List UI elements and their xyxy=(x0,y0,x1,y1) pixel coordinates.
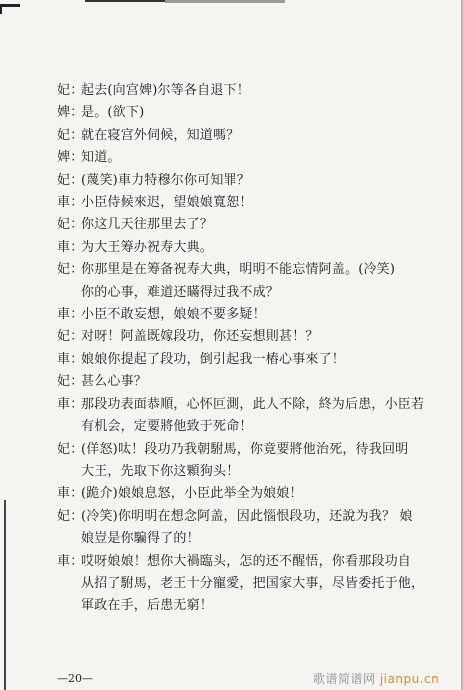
dialogue-line: 妃：你这几天往那里去了？ xyxy=(57,214,437,236)
dialogue-line: 車：那段功表面恭順，心怀叵測，此人不除，終为后患，小臣若 xyxy=(57,394,437,416)
dialogue-line-continuation: 大王，先取下你这顆狗头！ xyxy=(57,461,437,483)
watermark-url: jianpu.cn xyxy=(380,672,439,686)
scanned-page: 妃：起去(向宫婢)尔等各自退下！ 婢：是。(欲下) 妃：就在寝宫外伺候，知道嗎？… xyxy=(0,0,463,690)
speaker-label: 車： xyxy=(57,394,81,416)
line-text: 是。(欲下) xyxy=(81,105,144,120)
dialogue-line: 車：(跪介)娘娘息怒，小臣此举全为娘娘！ xyxy=(57,483,437,505)
dialogue-line: 婢：是。(欲下) xyxy=(57,102,437,124)
line-text: 小臣侍候來迟，望娘娘寬恕！ xyxy=(81,195,253,210)
dialogue-line: 妃：你那里是在筹备祝寿大典，明明不能忘情阿盖。(冷笑) xyxy=(57,259,437,281)
line-text: 軍政在手，后患无窮！ xyxy=(81,598,213,613)
speaker-label: 妃： xyxy=(57,259,81,281)
dialogue-line: 車：哎呀娘娘！想你大禍臨头，怎的还不醒悟，你看那段功自 xyxy=(57,551,437,573)
speaker-label: 妃： xyxy=(57,439,81,461)
dialogue-line: 車：娘娘你提起了段功，倒引起我一樁心事來了！ xyxy=(57,349,437,371)
dialogue-line: 妃：甚么心事？ xyxy=(57,371,437,393)
page-number: —20— xyxy=(57,672,93,685)
dialogue-line: 車：为大王筹办祝寿大典。 xyxy=(57,237,437,259)
watermark-site-name: 歌谱简谱网 xyxy=(313,672,376,686)
dialogue-line-continuation: 軍政在手，后患无窮！ xyxy=(57,595,437,617)
line-text: (蔑笑)車力特穆尔你可知罪？ xyxy=(81,173,250,188)
line-text: 你的心事，难道还瞞得过我不成？ xyxy=(81,285,279,300)
line-text: 知道。 xyxy=(81,150,121,165)
line-text: 哎呀娘娘！想你大禍臨头，怎的还不醒悟，你看那段功自 xyxy=(81,554,411,569)
line-text: 为大王筹办祝寿大典。 xyxy=(81,240,213,255)
dialogue-line: 妃：(冷笑)你明明在想念阿盖，因此惱恨段功，还說为我？ 娘 xyxy=(57,506,437,528)
dialogue-line-continuation: 从招了駙馬，老王十分寵愛，把国家大事，尽皆委托于他， xyxy=(57,573,437,595)
line-text: 就在寝宫外伺候，知道嗎？ xyxy=(81,128,239,143)
dialogue-line: 妃：就在寝宫外伺候，知道嗎？ xyxy=(57,125,437,147)
speaker-label: 妃： xyxy=(57,125,81,147)
dialogue-line-continuation: 有机会，定要將他致于死命！ xyxy=(57,416,437,438)
speaker-label: 妃： xyxy=(57,214,81,236)
line-text: 从招了駙馬，老王十分寵愛，把国家大事，尽皆委托于他， xyxy=(81,576,424,591)
speaker-label: 妃： xyxy=(57,80,81,102)
line-text: 有机会，定要將他致于死命！ xyxy=(81,419,253,434)
line-text: (佯怒)呔！段功乃我朝駙馬，你竟要將他治死，待我回明 xyxy=(81,442,408,457)
line-text: 对呀！阿盖既嫁段功，你还妄想則甚！？ xyxy=(81,329,319,344)
scan-artifact xyxy=(165,0,285,3)
speaker-label: 車： xyxy=(57,483,81,505)
speaker-label: 車： xyxy=(57,551,81,573)
line-text: 娘娘你提起了段功，倒引起我一樁心事來了！ xyxy=(81,352,345,367)
line-text: 小臣不敢妄想，娘娘不要多疑！ xyxy=(81,307,266,322)
line-text: 你那里是在筹备祝寿大典，明明不能忘情阿盖。(冷笑) xyxy=(81,262,395,277)
dialogue-line-continuation: 娘豈是你騙得了的！ xyxy=(57,528,437,550)
scan-artifact xyxy=(0,4,20,7)
dialogue-line: 車：小臣侍候來迟，望娘娘寬恕！ xyxy=(57,192,437,214)
line-text: 娘豈是你騙得了的！ xyxy=(81,531,200,546)
scan-artifact xyxy=(0,4,2,14)
watermark: 歌谱简谱网 jianpu.cn xyxy=(313,670,439,687)
line-text: 甚么心事？ xyxy=(81,374,147,389)
dialogue-line: 妃：(佯怒)呔！段功乃我朝駙馬，你竟要將他治死，待我回明 xyxy=(57,439,437,461)
speaker-label: 婢： xyxy=(57,147,81,169)
dialogue-line: 妃：起去(向宫婢)尔等各自退下！ xyxy=(57,80,437,102)
speaker-label: 車： xyxy=(57,349,81,371)
speaker-label: 車： xyxy=(57,304,81,326)
line-text: (冷笑)你明明在想念阿盖，因此惱恨段功，还說为我？ 娘 xyxy=(81,509,413,524)
speaker-label: 妃： xyxy=(57,506,81,528)
speaker-label: 車： xyxy=(57,192,81,214)
dialogue-line: 車：小臣不敢妄想，娘娘不要多疑！ xyxy=(57,304,437,326)
speaker-label: 婢： xyxy=(57,102,81,124)
line-text: 你这几天往那里去了？ xyxy=(81,217,213,232)
dialogue-line: 妃：(蔑笑)車力特穆尔你可知罪？ xyxy=(57,170,437,192)
speaker-label: 妃： xyxy=(57,371,81,393)
dialogue-line-continuation: 你的心事，难道还瞞得过我不成？ xyxy=(57,282,437,304)
speaker-label: 車： xyxy=(57,237,81,259)
speaker-label: 妃： xyxy=(57,326,81,348)
page-edge xyxy=(4,500,6,690)
script-dialogue: 妃：起去(向宫婢)尔等各自退下！ 婢：是。(欲下) 妃：就在寝宫外伺候，知道嗎？… xyxy=(57,80,437,618)
line-text: (跪介)娘娘息怒，小臣此举全为娘娘！ xyxy=(81,486,303,501)
dialogue-line: 婢：知道。 xyxy=(57,147,437,169)
line-text: 大王，先取下你这顆狗头！ xyxy=(81,464,239,479)
line-text: 那段功表面恭順，心怀叵測，此人不除，終为后患，小臣若 xyxy=(81,397,424,412)
line-text: 起去(向宫婢)尔等各自退下！ xyxy=(81,83,250,98)
dialogue-line: 妃：对呀！阿盖既嫁段功，你还妄想則甚！？ xyxy=(57,326,437,348)
speaker-label: 妃： xyxy=(57,170,81,192)
